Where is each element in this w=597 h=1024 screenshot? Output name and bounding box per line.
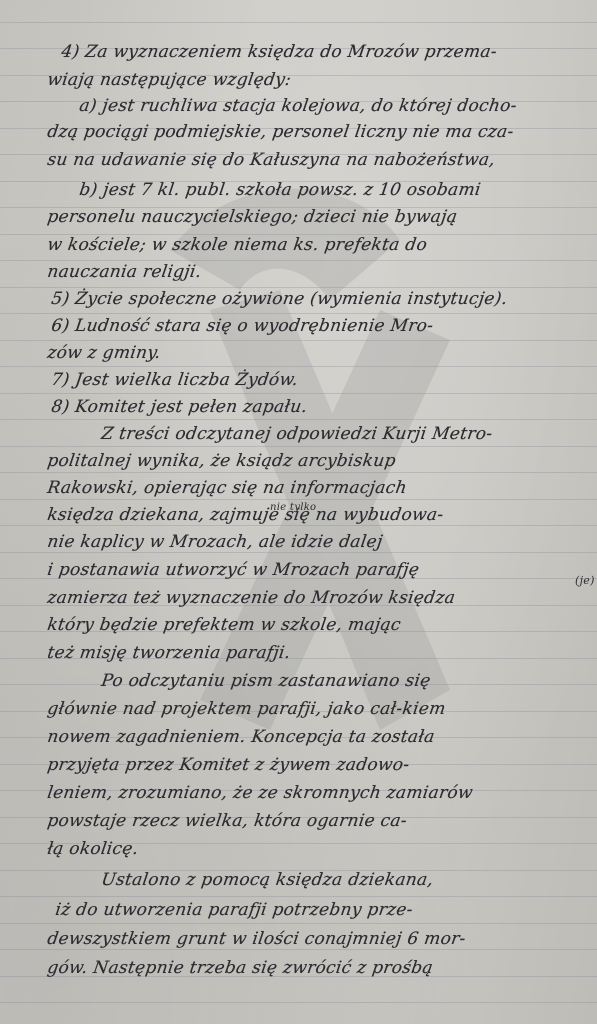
text-line: a) jest ruchliwa stacja kolejowa, do któ… bbox=[78, 96, 518, 116]
text-line: wiają następujące względy: bbox=[46, 70, 293, 90]
text-line: powstaje rzecz wielka, która ogarnie ca- bbox=[46, 811, 408, 831]
text-line: też misję tworzenia parafji. bbox=[46, 643, 292, 663]
text-line: b) jest 7 kl. publ. szkoła powsz. z 10 o… bbox=[78, 180, 482, 200]
text-line: głównie nad projektem parafji, jako cał-… bbox=[46, 699, 447, 719]
text-line: przyjęta przez Komitet z żywem zadowo- bbox=[46, 755, 411, 775]
text-line: Rakowski, opierając się na informacjach bbox=[46, 478, 408, 498]
text-line: i postanawia utworzyć w Mrozach parafję bbox=[46, 560, 421, 580]
interlinear-insertion: nie tylko bbox=[270, 502, 316, 513]
text-line: personelu nauczycielskiego; dzieci nie b… bbox=[46, 207, 459, 227]
text-line: 8) Komitet jest pełen zapału. bbox=[50, 397, 309, 417]
text-line: łą okolicę. bbox=[46, 839, 140, 859]
text-line: leniem, zrozumiano, że ze skromnych zami… bbox=[46, 783, 474, 803]
margin-note: (je) bbox=[575, 574, 595, 587]
text-line: 7) Jest wielka liczba Żydów. bbox=[50, 370, 299, 390]
text-line: Po odczytaniu pism zastanawiano się bbox=[100, 671, 432, 691]
handwritten-text-body: 4) Za wyznaczeniem księdza do Mrozów prz… bbox=[0, 0, 597, 1024]
text-line: nauczania religji. bbox=[46, 262, 203, 282]
text-line: politalnej wynika, że ksiądz arcybiskup bbox=[46, 451, 397, 471]
text-line: Z treści odczytanej odpowiedzi Kurji Met… bbox=[100, 424, 494, 444]
text-line: który będzie prefektem w szkole, mając bbox=[46, 615, 402, 635]
text-line: nowem zagadnieniem. Koncepcja ta została bbox=[46, 727, 436, 747]
text-line: zamierza też wyznaczenie do Mrozów księd… bbox=[46, 588, 457, 608]
text-line: Ustalono z pomocą księdza dziekana, bbox=[100, 870, 435, 890]
text-line: dzą pociągi podmiejskie, personel liczny… bbox=[46, 122, 515, 142]
text-line: 6) Ludność stara się o wyodrębnienie Mro… bbox=[50, 316, 435, 336]
text-line: dewszystkiem grunt w ilości conajmniej 6… bbox=[46, 929, 467, 949]
manuscript-page: 4) Za wyznaczeniem księdza do Mrozów prz… bbox=[0, 0, 597, 1024]
text-line: 5) Życie społeczne ożywione (wymienia in… bbox=[50, 289, 509, 309]
text-line: księdza dziekana, zajmuje się na wybudow… bbox=[46, 505, 445, 525]
text-line: gów. Następnie trzeba się zwrócić z proś… bbox=[46, 958, 434, 978]
text-line: 4) Za wyznaczeniem księdza do Mrozów prz… bbox=[60, 42, 498, 62]
text-line: iż do utworzenia parafji potrzebny prze- bbox=[54, 900, 414, 920]
text-line: w kościele; w szkole niema ks. prefekta … bbox=[46, 235, 428, 255]
text-line: nie kaplicy w Mrozach, ale idzie dalej bbox=[46, 532, 384, 552]
text-line: zów z gminy. bbox=[46, 343, 162, 363]
text-line: su na udawanie się do Kałuszyna na naboż… bbox=[46, 150, 496, 170]
